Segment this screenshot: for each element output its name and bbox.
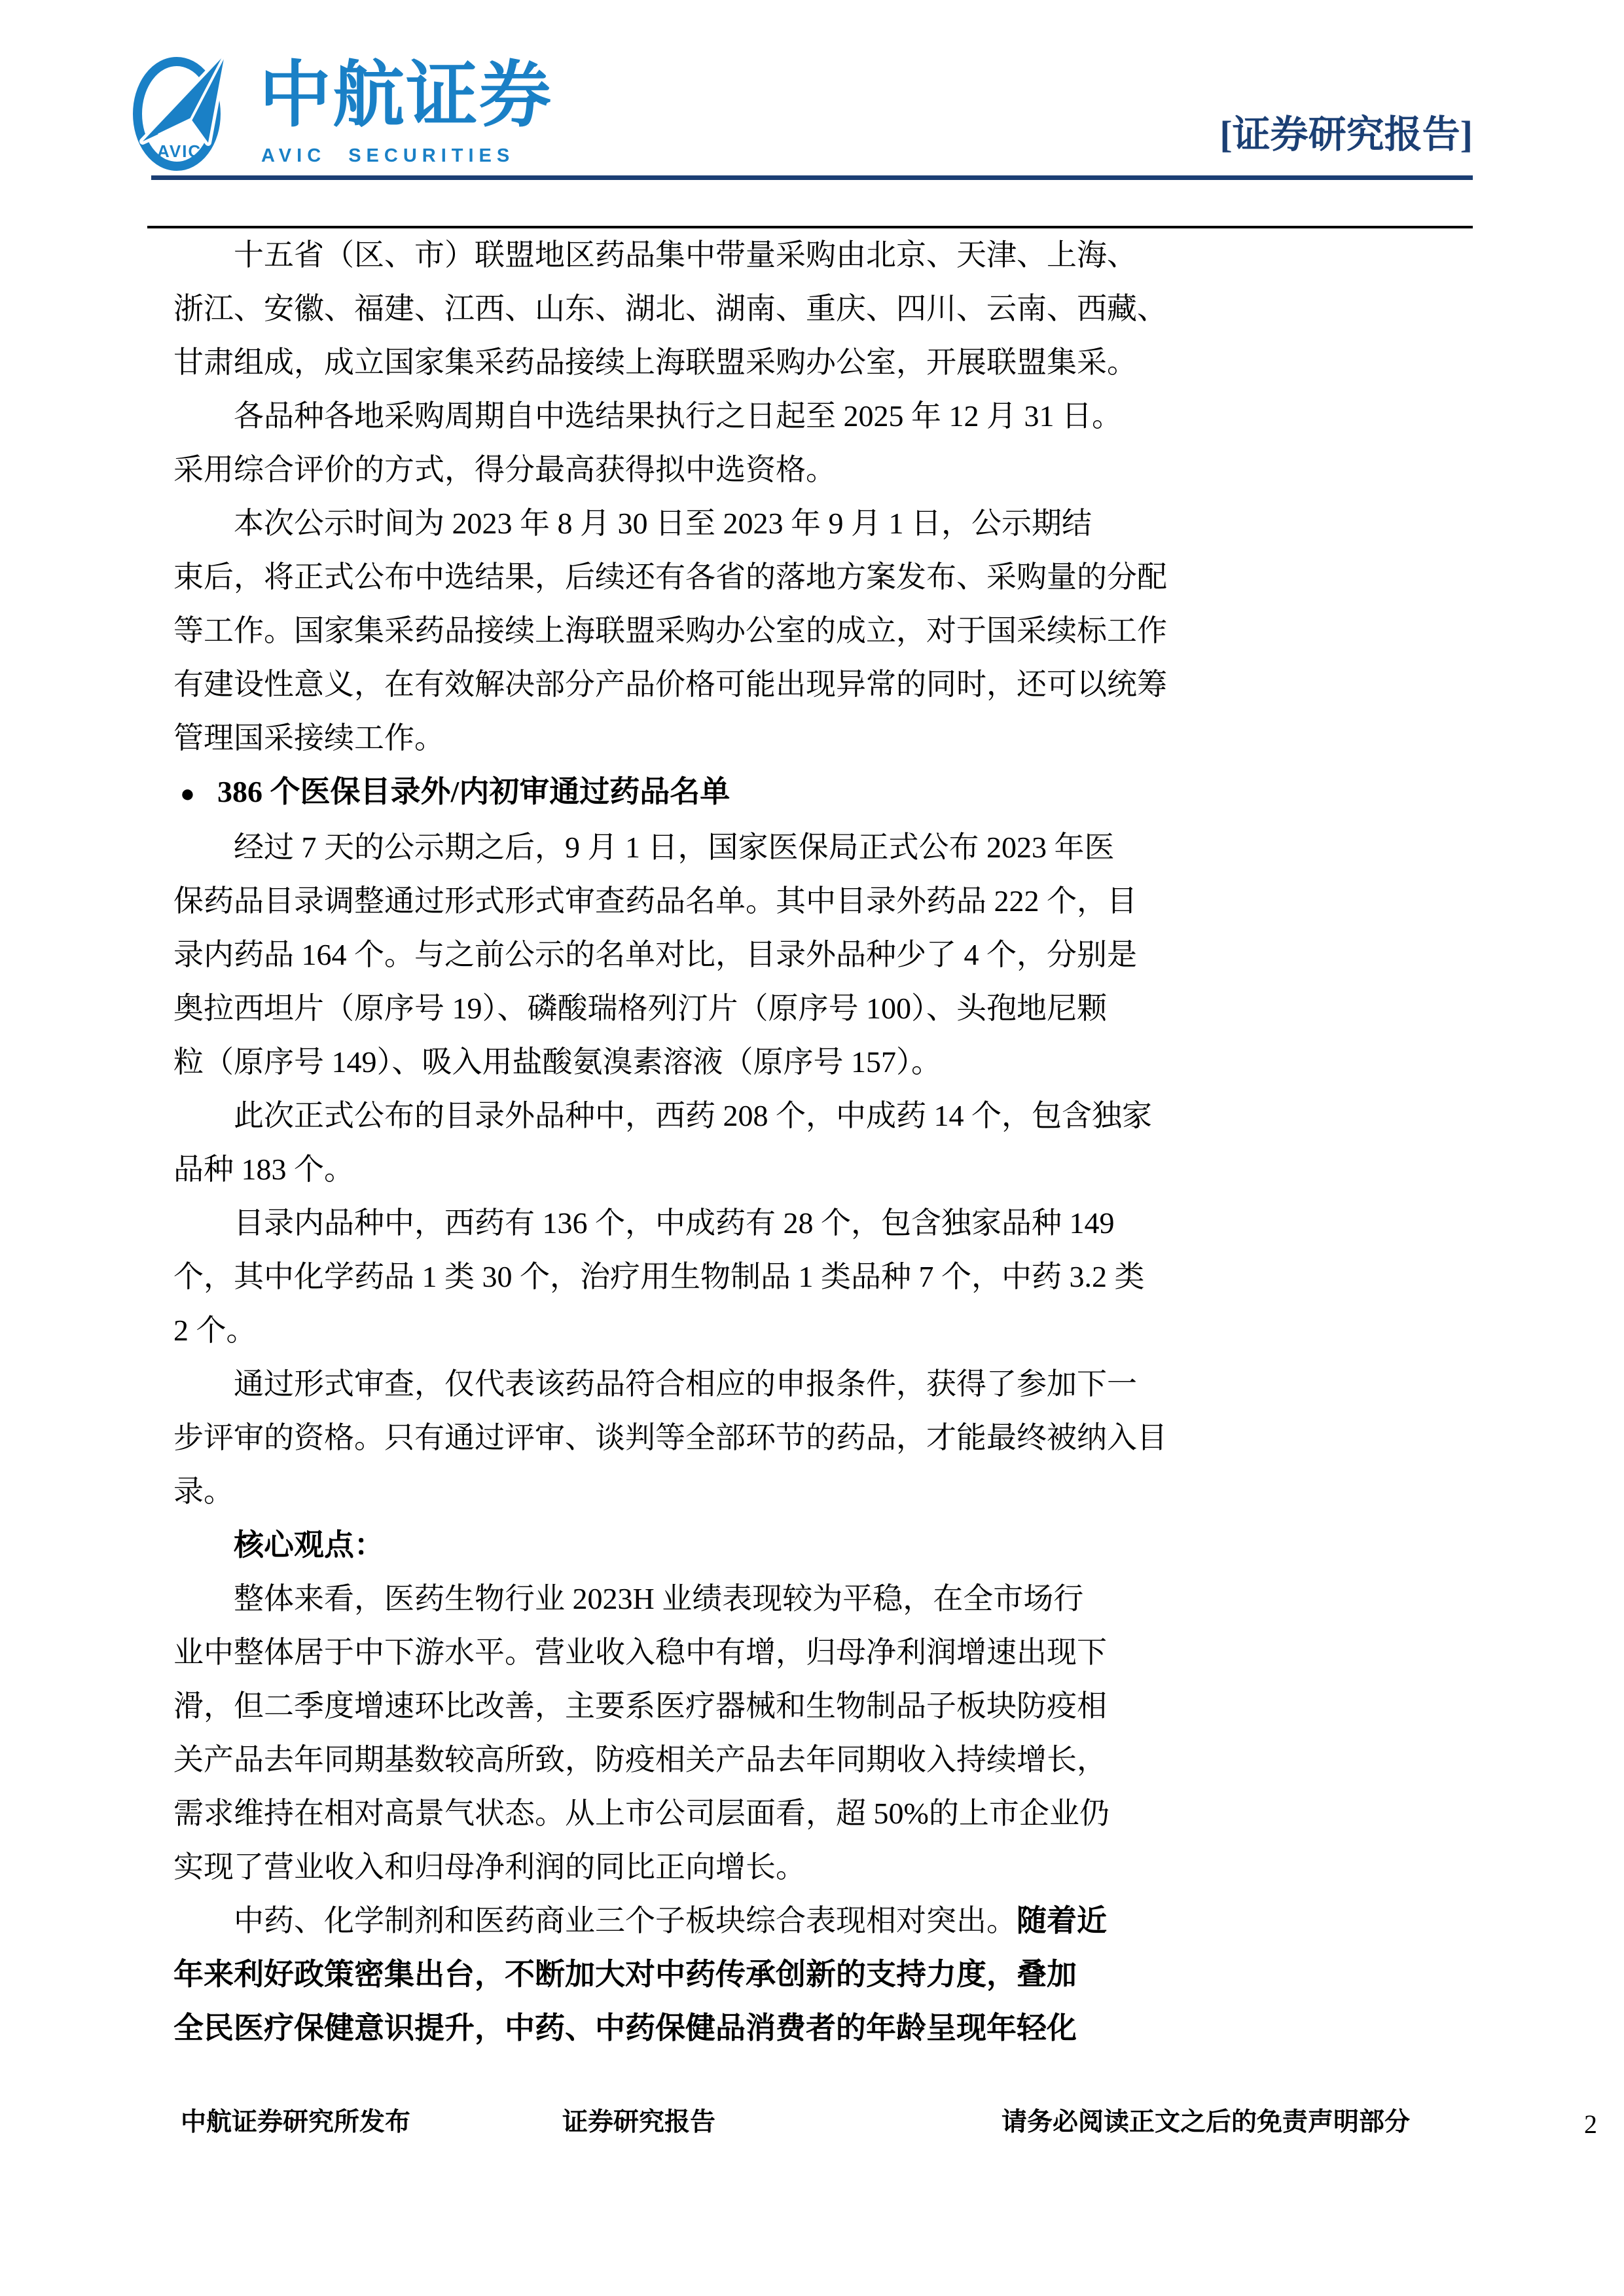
text-run: 奥拉西坦片（原序号 19）、磷酸瑞格列汀片（原序号 100）、头孢地尼颗 <box>173 992 1107 1025</box>
text-run: 全民医疗保健意识提升，中药、中药保健品消费者的年龄呈现年轻化 <box>173 2011 1077 2045</box>
body-line: 录内药品 164 个。与之前公示的名单对比，目录外品种少了 4 个，分别是 <box>173 928 1162 982</box>
body-line: 实现了营业收入和归母净利润的同比正向增长。 <box>173 1840 1162 1894</box>
bullet-heading: ●386 个医保目录外/内初审通过药品名单 <box>173 765 1162 821</box>
text-run: 本次公示时间为 2023 年 8 月 30 日至 2023 年 9 月 1 日，… <box>234 507 1092 540</box>
body-line: 录。 <box>173 1465 1162 1518</box>
body-line: 束后，将正式公布中选结果，后续还有各省的落地方案发布、采购量的分配 <box>173 550 1162 604</box>
text-run: 各品种各地采购周期自中选结果执行之日起至 2025 年 12 月 31 日。 <box>234 399 1122 433</box>
bullet-icon: ● <box>180 767 195 821</box>
text-run: 品种 183 个。 <box>173 1153 354 1186</box>
body-line: 采用综合评价的方式，得分最高获得拟中选资格。 <box>173 443 1162 497</box>
body-line: 滑，但二季度增速环比改善，主要系医疗器械和生物制品子板块防疫相 <box>173 1679 1162 1733</box>
header-rule-blue <box>151 175 1473 180</box>
body-line: 通过形式审查，仅代表该药品符合相应的申报条件，获得了参加下一 <box>173 1357 1162 1411</box>
text-run: 甘肃组成，成立国家集采药品接续上海联盟采购办公室，开展联盟集采。 <box>173 346 1137 379</box>
body-line: 中药、化学制剂和医药商业三个子板块综合表现相对突出。随着近 <box>173 1894 1162 1948</box>
body-line: 此次正式公布的目录外品种中，西药 208 个，中成药 14 个，包含独家 <box>173 1089 1162 1143</box>
brand-name-en: AVIC SECURITIES <box>261 145 514 167</box>
footer-publisher: 中航证券研究所发布 <box>181 2108 410 2138</box>
brand-name-cn: 中航证券 <box>259 56 552 135</box>
body-line: 全民医疗保健意识提升，中药、中药保健品消费者的年龄呈现年轻化 <box>173 2001 1162 2055</box>
text-run: 十五省（区、市）联盟地区药品集中带量采购由北京、天津、上海、 <box>234 238 1137 272</box>
text-run: 年来利好政策密集出台，不断加大对中药传承创新的支持力度，叠加 <box>173 1958 1077 1991</box>
text-run: 步评审的资格。只有通过评审、谈判等全部环节的药品，才能最终被纳入目 <box>173 1421 1167 1454</box>
text-run: 个，其中化学药品 1 类 30 个，治疗用生物制品 1 类品种 7 个，中药 3… <box>173 1260 1145 1293</box>
text-run: 实现了营业收入和归母净利润的同比正向增长。 <box>173 1850 806 1884</box>
body-line: 管理国采接续工作。 <box>173 711 1162 765</box>
report-page: AVIC 中航证券 AVIC SECURITIES [证券研究报告] 十五省（区… <box>0 0 1624 2296</box>
text-run: 管理国采接续工作。 <box>173 721 444 755</box>
body-line: 2 个。 <box>173 1304 1162 1357</box>
body-line: 甘肃组成，成立国家集采药品接续上海联盟采购办公室，开展联盟集采。 <box>173 336 1162 389</box>
body-line: 步评审的资格。只有通过评审、谈判等全部环节的药品，才能最终被纳入目 <box>173 1411 1162 1465</box>
text-run: 采用综合评价的方式，得分最高获得拟中选资格。 <box>173 453 836 486</box>
body-line: 关产品去年同期基数较高所致，防疫相关产品去年同期收入持续增长， <box>173 1733 1162 1787</box>
body-line: 目录内品种中，西药有 136 个，中成药有 28 个，包含独家品种 149 <box>173 1196 1162 1250</box>
text-run: 浙江、安徽、福建、江西、山东、湖北、湖南、重庆、四川、云南、西藏、 <box>173 292 1167 325</box>
logo-badge-text: AVIC <box>157 141 202 161</box>
body-line: 十五省（区、市）联盟地区药品集中带量采购由北京、天津、上海、 <box>173 228 1162 282</box>
body-line: 年来利好政策密集出台，不断加大对中药传承创新的支持力度，叠加 <box>173 1948 1162 2001</box>
body-line: 业中整体居于中下游水平。营业收入稳中有增，归母净利润增速出现下 <box>173 1626 1162 1679</box>
footer-report-type: 证券研究报告 <box>562 2108 715 2138</box>
body-line: 需求维持在相对高景气状态。从上市公司层面看，超 50%的上市企业仍 <box>173 1787 1162 1840</box>
body-line: 整体来看，医药生物行业 2023H 业绩表现较为平稳，在全市场行 <box>173 1572 1162 1626</box>
text-run: 束后，将正式公布中选结果，后续还有各省的落地方案发布、采购量的分配 <box>173 560 1167 594</box>
body-line: 个，其中化学药品 1 类 30 个，治疗用生物制品 1 类品种 7 个，中药 3… <box>173 1250 1162 1304</box>
body-line: 粒（原序号 149）、吸入用盐酸氨溴素溶液（原序号 157）。 <box>173 1035 1162 1089</box>
text-run: 业中整体居于中下游水平。营业收入稳中有增，归母净利润增速出现下 <box>173 1636 1107 1669</box>
body-line: 有建设性意义，在有效解决部分产品价格可能出现异常的同时，还可以统筹 <box>173 658 1162 711</box>
text-run: 此次正式公布的目录外品种中，西药 208 个，中成药 14 个，包含独家 <box>234 1099 1152 1132</box>
text-run: 滑，但二季度增速环比改善，主要系医疗器械和生物制品子板块防疫相 <box>173 1689 1107 1723</box>
text-run: 录内药品 164 个。与之前公示的名单对比，目录外品种少了 4 个，分别是 <box>173 938 1137 971</box>
text-run: 经过 7 天的公示期之后，9 月 1 日，国家医保局正式公布 2023 年医 <box>234 831 1115 864</box>
text-run: 录。 <box>173 1475 234 1508</box>
text-run: 通过形式审查，仅代表该药品符合相应的申报条件，获得了参加下一 <box>234 1367 1137 1401</box>
body-line: 本次公示时间为 2023 年 8 月 30 日至 2023 年 9 月 1 日，… <box>173 497 1162 550</box>
body-line: 保药品目录调整通过形式形式审查药品名单。其中目录外药品 222 个，目 <box>173 874 1162 928</box>
text-run: 核心观点： <box>234 1528 384 1562</box>
body-line: 核心观点： <box>173 1518 1162 1572</box>
text-run: 随着近 <box>1017 1904 1107 1937</box>
text-run: 需求维持在相对高景气状态。从上市公司层面看，超 50%的上市企业仍 <box>173 1797 1110 1830</box>
text-run: 386 个医保目录外/内初审通过药品名单 <box>217 775 730 808</box>
text-run: 中药、化学制剂和医药商业三个子板块综合表现相对突出。 <box>234 1904 1017 1937</box>
avic-logo-icon: AVIC <box>132 54 230 171</box>
body-line: 奥拉西坦片（原序号 19）、磷酸瑞格列汀片（原序号 100）、头孢地尼颗 <box>173 982 1162 1035</box>
text-run: 关产品去年同期基数较高所致，防疫相关产品去年同期收入持续增长， <box>173 1743 1107 1776</box>
body-line: 等工作。国家集采药品接续上海联盟采购办公室的成立，对于国采续标工作 <box>173 604 1162 658</box>
text-run: 有建设性意义，在有效解决部分产品价格可能出现异常的同时，还可以统筹 <box>173 668 1167 701</box>
report-category-tag: [证券研究报告] <box>1146 114 1473 156</box>
body-line: 各品种各地采购周期自中选结果执行之日起至 2025 年 12 月 31 日。 <box>173 389 1162 443</box>
text-run: 保药品目录调整通过形式形式审查药品名单。其中目录外药品 222 个，目 <box>173 884 1137 918</box>
body-line: 经过 7 天的公示期之后，9 月 1 日，国家医保局正式公布 2023 年医 <box>173 821 1162 874</box>
body-line: 浙江、安徽、福建、江西、山东、湖北、湖南、重庆、四川、云南、西藏、 <box>173 282 1162 336</box>
body-text: 十五省（区、市）联盟地区药品集中带量采购由北京、天津、上海、浙江、安徽、福建、江… <box>173 228 1162 2055</box>
footer-disclaimer: 请务必阅读正文之后的免责声明部分 <box>1001 2108 1410 2138</box>
text-run: 粒（原序号 149）、吸入用盐酸氨溴素溶液（原序号 157）。 <box>173 1045 941 1079</box>
body-line: 品种 183 个。 <box>173 1143 1162 1196</box>
text-run: 2 个。 <box>173 1314 257 1347</box>
text-run: 整体来看，医药生物行业 2023H 业绩表现较为平稳，在全市场行 <box>234 1582 1083 1615</box>
text-run: 目录内品种中，西药有 136 个，中成药有 28 个，包含独家品种 149 <box>234 1206 1115 1240</box>
page-number: 2 <box>1564 2109 1597 2140</box>
text-run: 等工作。国家集采药品接续上海联盟采购办公室的成立，对于国采续标工作 <box>173 614 1167 647</box>
